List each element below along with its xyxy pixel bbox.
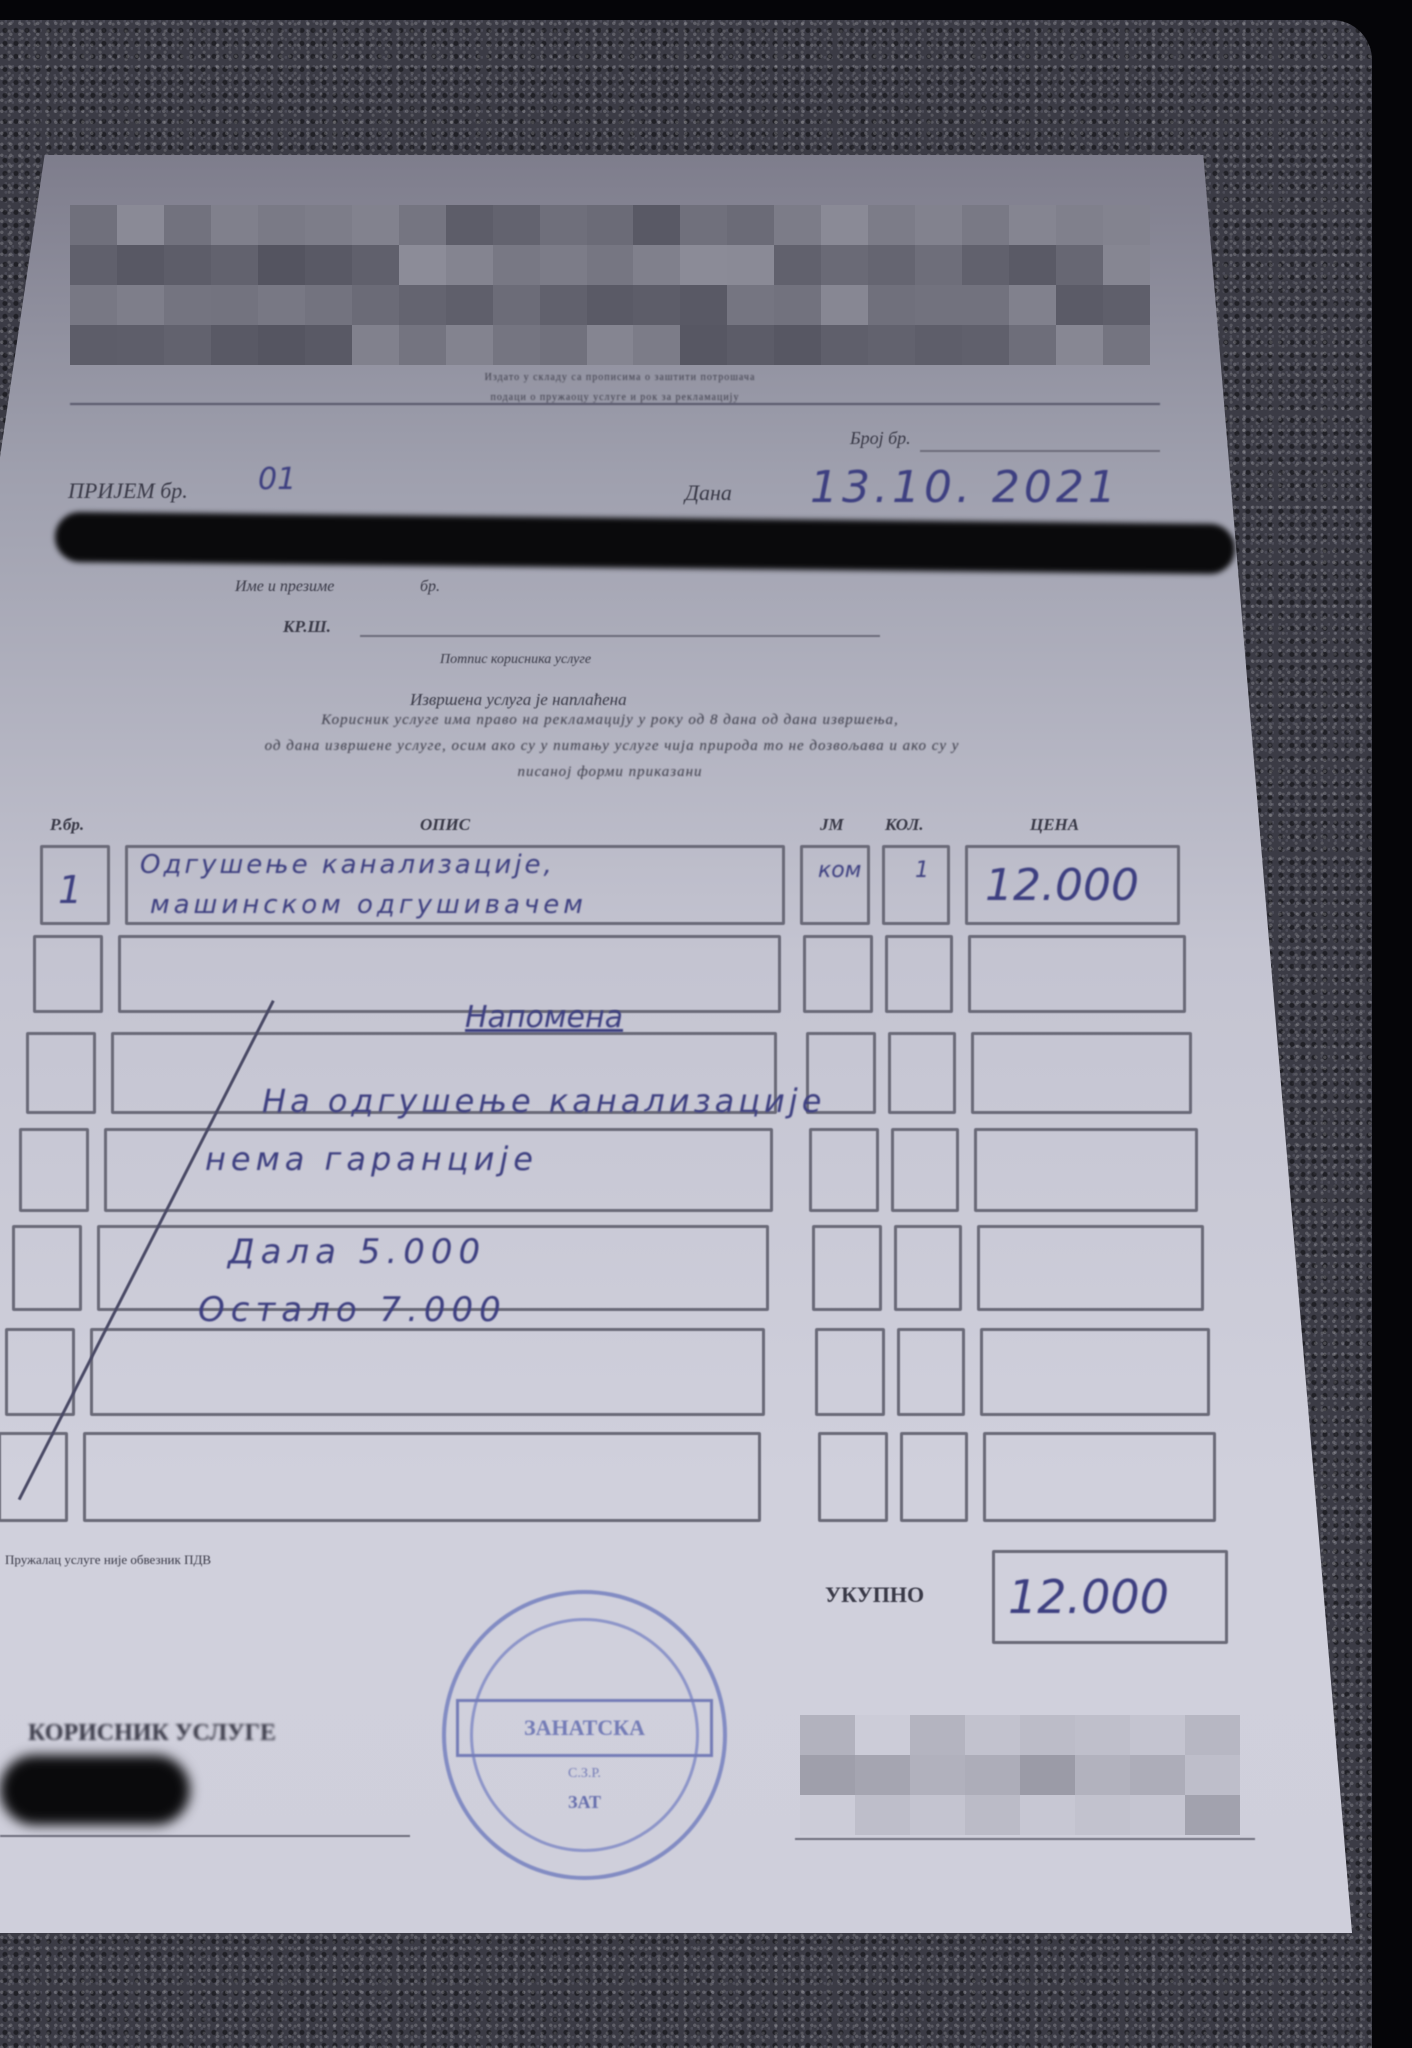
mosaic-block <box>727 205 774 245</box>
mosaic-block <box>962 245 1009 285</box>
note-title: Напомена <box>465 1000 623 1035</box>
table-cell <box>974 1128 1198 1212</box>
mosaic-block <box>211 205 258 245</box>
mosaic-block <box>117 245 164 285</box>
mosaic-block <box>633 285 680 325</box>
mosaic-block <box>446 205 493 245</box>
mosaic-block <box>915 245 962 285</box>
table-cell <box>818 1432 888 1522</box>
mosaic-block <box>915 325 962 365</box>
mosaic-block <box>910 1715 965 1755</box>
mosaic-block <box>399 245 446 285</box>
table-cell <box>33 935 103 1013</box>
section-title: Извршена услуга је наплаћена <box>410 690 627 710</box>
mosaic-block <box>962 325 1009 365</box>
mosaic-block <box>868 285 915 325</box>
mosaic-block <box>1056 205 1103 245</box>
mosaic-block <box>1075 1795 1130 1835</box>
table-cell <box>5 1328 75 1416</box>
mosaic-block <box>211 245 258 285</box>
mosaic-block <box>352 245 399 285</box>
legal-notice-line-3: писаној форми приказани <box>430 764 790 781</box>
mosaic-block <box>540 245 587 285</box>
mosaic-block <box>70 205 117 245</box>
table-cell <box>12 1225 82 1311</box>
kr-label: КР.Ш. <box>283 617 331 637</box>
table-cell <box>19 1128 89 1212</box>
mosaic-block <box>258 325 305 365</box>
mosaic-block <box>962 285 1009 325</box>
mosaic-block <box>965 1715 1020 1755</box>
mosaic-block <box>910 1755 965 1795</box>
table-cell <box>803 935 873 1013</box>
mosaic-block <box>117 205 164 245</box>
table-cell <box>900 1432 968 1522</box>
table-cell <box>897 1328 965 1416</box>
mosaic-block <box>1103 245 1150 285</box>
col-header-description: ОПИС <box>420 815 470 835</box>
signature-redaction <box>0 1755 190 1825</box>
mosaic-block <box>1130 1715 1185 1755</box>
table-cell <box>885 935 953 1013</box>
row1-unit: ком <box>818 858 861 883</box>
mosaic-block <box>446 285 493 325</box>
mosaic-block <box>727 285 774 325</box>
mosaic-block <box>915 205 962 245</box>
mosaic-block <box>680 285 727 325</box>
mosaic-block <box>399 205 446 245</box>
mosaic-block <box>540 205 587 245</box>
table-cell <box>0 1432 68 1522</box>
mosaic-block <box>305 245 352 285</box>
table-cell <box>971 1032 1192 1114</box>
user-signature-line <box>0 1835 410 1837</box>
mosaic-block <box>1130 1795 1185 1835</box>
date-label: Дана <box>685 480 732 506</box>
table-cell <box>118 935 781 1013</box>
mosaic-block <box>774 325 821 365</box>
mosaic-block <box>352 285 399 325</box>
mosaic-block <box>70 325 117 365</box>
mosaic-block <box>727 325 774 365</box>
mosaic-block <box>305 205 352 245</box>
mosaic-block <box>1075 1755 1130 1795</box>
mosaic-block <box>633 205 680 245</box>
total-value: 12.000 <box>1008 1570 1169 1624</box>
mosaic-block <box>774 245 821 285</box>
mosaic-block <box>1020 1715 1075 1755</box>
stamp-number: ЗАТ <box>446 1792 723 1813</box>
mosaic-block <box>493 285 540 325</box>
mosaic-block <box>352 325 399 365</box>
mosaic-block <box>868 325 915 365</box>
mosaic-block <box>1103 205 1150 245</box>
date-value: 13.10. 2021 <box>810 462 1120 513</box>
mosaic-block <box>1009 285 1056 325</box>
provider-signature-line <box>795 1838 1255 1840</box>
mosaic-block <box>305 325 352 365</box>
mosaic-block <box>1056 245 1103 285</box>
table-cell <box>882 845 950 925</box>
legal-notice-line-1: Корисник услуге има право на рекламацију… <box>80 712 1140 729</box>
mosaic-block <box>587 285 634 325</box>
mosaic-block <box>446 325 493 365</box>
row1-price: 12.000 <box>985 860 1139 911</box>
table-cell <box>83 1432 761 1522</box>
signature-caption: Потпис корисника услуге <box>440 652 591 668</box>
legal-notice-line-2: од дана извршене услуге, осим ако су у п… <box>62 738 1162 755</box>
mosaic-block <box>1185 1715 1240 1755</box>
stamp-center-text: ЗАНАТСКА <box>456 1699 713 1757</box>
table-cell <box>977 1225 1204 1311</box>
mosaic-block <box>1020 1795 1075 1835</box>
mosaic-block <box>1185 1755 1240 1795</box>
mosaic-block <box>493 205 540 245</box>
row1-qty: 1 <box>915 858 929 883</box>
row1-description-line1: Одгушење канализације, <box>140 850 780 880</box>
header-notice-line-2: подаци о пружаоцу услуге и рок за реклам… <box>70 392 1160 405</box>
mosaic-block <box>587 245 634 285</box>
mosaic-block <box>164 285 211 325</box>
table-cell <box>888 1032 956 1114</box>
table-cell <box>26 1032 96 1114</box>
mosaic-block <box>910 1795 965 1835</box>
mosaic-block <box>164 245 211 285</box>
mosaic-block <box>70 285 117 325</box>
vat-note: Пружалац услуге није обвезник ПДВ <box>5 1552 211 1568</box>
pixelated-provider-signature <box>800 1715 1240 1835</box>
mosaic-block <box>1103 285 1150 325</box>
mosaic-block <box>493 245 540 285</box>
mosaic-block <box>587 325 634 365</box>
table-cell <box>980 1328 1210 1416</box>
client-label: Име и презиме <box>235 578 334 596</box>
mosaic-block <box>680 325 727 365</box>
note-line-2: нема гаранције <box>205 1140 538 1178</box>
mosaic-block <box>258 245 305 285</box>
mosaic-block <box>868 205 915 245</box>
stamp-sub-text: С.З.Р. <box>446 1766 723 1782</box>
row1-description-line2: машинском одгушивачем <box>150 890 870 920</box>
table-cell <box>90 1328 765 1416</box>
paid-amount: Дала 5.000 <box>228 1232 486 1272</box>
service-user-label: КОРИСНИК УСЛУГЕ <box>28 1720 276 1747</box>
mosaic-block <box>855 1715 910 1755</box>
row1-number: 1 <box>58 868 82 912</box>
col-header-no: Р.бр. <box>50 815 84 835</box>
client-suffix: бр. <box>420 578 440 596</box>
mosaic-block <box>965 1755 1020 1795</box>
mosaic-block <box>164 205 211 245</box>
mosaic-block <box>821 205 868 245</box>
mosaic-block <box>774 205 821 245</box>
table-cell <box>891 1128 959 1212</box>
mosaic-block <box>352 205 399 245</box>
cert-number-label: Број бр. <box>850 428 911 449</box>
pixelated-header-redaction <box>70 205 1150 365</box>
mosaic-block <box>1185 1795 1240 1835</box>
remaining-amount: Остало 7.000 <box>198 1290 507 1330</box>
cert-number-line <box>920 450 1160 452</box>
mosaic-block <box>727 245 774 285</box>
mosaic-block <box>164 325 211 365</box>
mosaic-block <box>1103 325 1150 365</box>
company-stamp: ЗАНАТСКА С.З.Р. ЗАТ <box>442 1590 727 1880</box>
col-header-qty: КОЛ. <box>885 815 924 835</box>
mosaic-block <box>633 325 680 365</box>
table-cell <box>812 1225 882 1311</box>
mosaic-block <box>855 1795 910 1835</box>
mosaic-block <box>540 325 587 365</box>
col-header-unit: ЈМ <box>820 815 844 835</box>
receipt-number-label: ПРИЈЕМ бр. <box>68 478 188 504</box>
mosaic-block <box>540 285 587 325</box>
mosaic-block <box>680 205 727 245</box>
mosaic-block <box>117 285 164 325</box>
mosaic-block <box>800 1715 855 1755</box>
mosaic-block <box>868 245 915 285</box>
mosaic-block <box>70 245 117 285</box>
table-cell <box>894 1225 962 1311</box>
mosaic-block <box>821 325 868 365</box>
mosaic-block <box>1056 325 1103 365</box>
mosaic-block <box>305 285 352 325</box>
mosaic-block <box>1056 285 1103 325</box>
mosaic-block <box>211 285 258 325</box>
col-header-price: ЦЕНА <box>1030 815 1079 835</box>
mosaic-block <box>821 285 868 325</box>
mosaic-block <box>962 205 1009 245</box>
mosaic-block <box>821 245 868 285</box>
mosaic-block <box>211 325 258 365</box>
mosaic-block <box>117 325 164 365</box>
table-cell <box>983 1432 1216 1522</box>
mosaic-block <box>1009 205 1056 245</box>
mosaic-block <box>1020 1755 1075 1795</box>
note-line-1: На одгушење канализације <box>262 1082 825 1120</box>
mosaic-block <box>258 285 305 325</box>
mosaic-block <box>446 245 493 285</box>
mosaic-block <box>1130 1755 1185 1795</box>
mosaic-block <box>1009 325 1056 365</box>
table-cell <box>809 1128 879 1212</box>
table-cell <box>968 935 1186 1013</box>
kr-line <box>360 635 880 637</box>
mosaic-block <box>680 245 727 285</box>
header-notice-line-1: Издато у складу са прописима о заштити п… <box>90 372 1150 383</box>
mosaic-block <box>633 245 680 285</box>
mosaic-block <box>399 285 446 325</box>
total-label: УКУПНО <box>825 1582 924 1608</box>
mosaic-block <box>774 285 821 325</box>
mosaic-block <box>258 205 305 245</box>
mosaic-block <box>587 205 634 245</box>
mosaic-block <box>915 285 962 325</box>
table-cell <box>815 1328 885 1416</box>
mosaic-block <box>1075 1715 1130 1755</box>
mosaic-block <box>800 1755 855 1795</box>
receipt-number-value: 01 <box>258 462 296 497</box>
mosaic-block <box>855 1755 910 1795</box>
mosaic-block <box>399 325 446 365</box>
mosaic-block <box>800 1795 855 1835</box>
mosaic-block <box>1009 245 1056 285</box>
mosaic-block <box>965 1795 1020 1835</box>
mosaic-block <box>493 325 540 365</box>
